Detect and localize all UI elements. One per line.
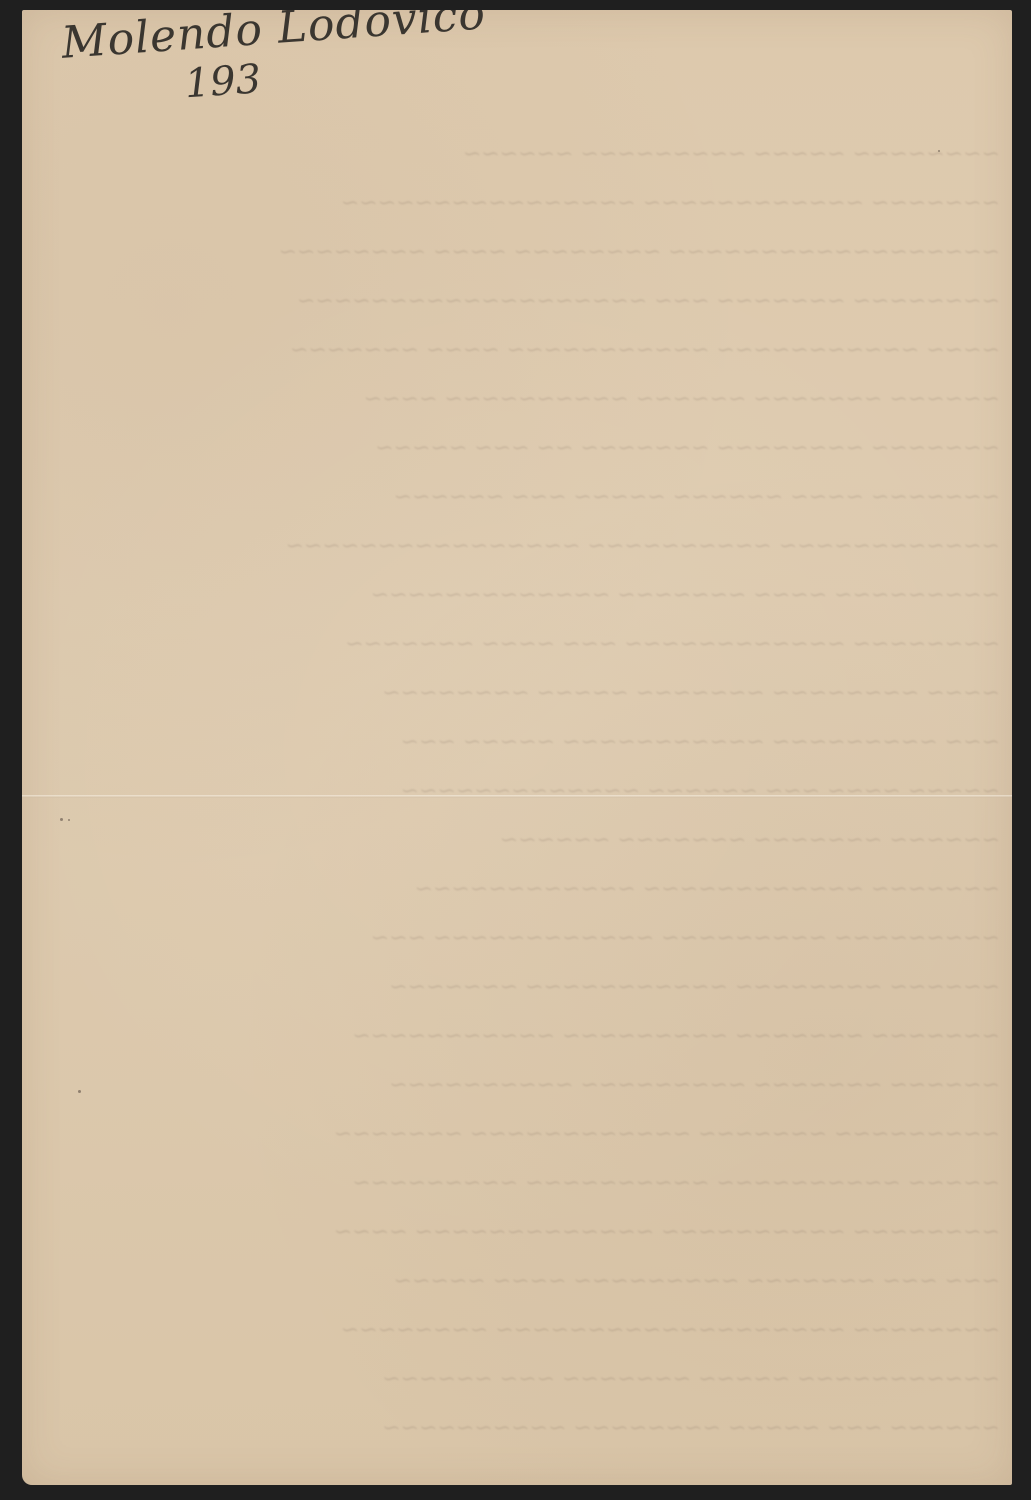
bleed-line: ~~~ ~~~~~~~~~ ~~~~~~~~~~~ ~~~~~ ~~~ [40,718,1000,767]
manuscript-page: Molendo Lodovico 193 ~~~~~~~~ ~~~~~ ~~~~… [22,10,1012,1485]
ink-speck [68,819,70,821]
bleed-line: ~~~~~~~ ~~~~~~~~ ~~~~~~~ ~~ ~~~ ~~~~~ [40,424,1000,473]
bleed-line: ~~~~~~~~~~~~ ~~~~~~~~~~ ~~~~~~~~~~~~~~~~ [40,522,1000,571]
bleed-line: ~~~~~~~~ ~~~~~ ~~~~~~~~~ ~~~~~~ [40,130,1000,179]
ink-speck [938,150,940,152]
bleed-line: ~~~~~~ ~~~~~~~ ~~~~~~~ ~~~~~~ [40,816,1000,865]
bleed-line: ~~~~~~~~ ~~~~~~~~~~~~ ~~~ ~~~~ ~~~~~~~ [40,620,1000,669]
bleed-line: ~~~~~~ ~~~~~~~ ~~~~~~ ~~~~~~~~~~ ~~~~ [40,375,1000,424]
fold-line [22,795,1012,798]
bleed-line: ~~~~~ ~~~~ ~~~ ~~~~~~ ~~~~~~~~~~~~~ [40,767,1000,816]
bleed-line: ~~~~~~~ ~~~~ ~~~~~~ ~~~~~ ~~~ ~~~~~~ [40,473,1000,522]
bleed-line: ~~~~~~~~~~~ ~~~~~ ~~~~~~~ ~~~ ~~~~~~ [40,1355,1000,1404]
bleed-through-text: ~~~~~~~~ ~~~~~ ~~~~~~~~~ ~~~~~~ ~~~~~~~ … [40,130,1000,1453]
ink-speck [60,818,63,821]
bleed-line: ~~~~~~~ ~~~~~~~ ~~~~~~~~~ ~~~~~~~~~~~ [40,1012,1000,1061]
bleed-line: ~~~ ~~~ ~~~~~~~ ~~~~~~~~~ ~~~~ ~~~~~ [40,1257,1000,1306]
bleed-line: ~~~~~~~ ~~~~~~~~~~~~ ~~~~~~~~~~~~~~~~ [40,179,1000,228]
bleed-line: ~~~~~~~~ ~~~~~~~ ~~~ ~~~~~~~~~~~~~~~~~~~ [40,277,1000,326]
ink-speck [78,1090,81,1093]
bleed-line: ~~~~~~~~~ ~~~~~~~~~ ~~~~~~~~~~~~ ~~~ [40,914,1000,963]
bleed-line: ~~~~~~~~~~~~~~~~~~ ~~~~~~~~ ~~~~ ~~~~~~~… [40,228,1000,277]
bleed-line: ~~~~~~ ~~~~~~~~ ~~~~~~~~~~~ ~~~~~~~ [40,963,1000,1012]
bleed-line: ~~~~~~~~ ~~~~~~~~~~~~~~~~~~~ ~~~~~~~~ [40,1306,1000,1355]
handwritten-annotation: Molendo Lodovico 193 [60,10,491,116]
bleed-line: ~~~~~~ ~~~~~~~ ~~~~~~~~~ ~~~~~~~~~~ [40,1061,1000,1110]
bleed-line: ~~~~~~~ ~~~~~~~~~~~~ ~~~~~~~~~~~~ [40,865,1000,914]
bleed-line: ~~~~~~~~~ ~~~~ ~~~~~~~ ~~~~~~~~~~~~~ [40,571,1000,620]
bleed-line: ~~~~~~~~ ~~~~~~~~~~ ~~~~~~~~~~~~~ ~~~~ [40,1208,1000,1257]
bleed-line: ~~~~~~ ~~~ ~~~~~ ~~~~~~~~ ~~~~~~~~~~ [40,1404,1000,1453]
bleed-line: ~~~~~~~~~ ~~~~~~~ ~~~~~~~~~~~~ ~~~~~~~ [40,1110,1000,1159]
bleed-line: ~~~~ ~~~~~~~~~~~ ~~~~~~~~~~~ ~~~~ ~~~~~~… [40,326,1000,375]
bleed-line: ~~~~~ ~~~~~~~~~~ ~~~~~~~~~~ ~~~~~~~~~ [40,1159,1000,1208]
bleed-line: ~~~~ ~~~~~~~~ ~~~~~~~ ~~~~~ ~~~~~~~~ [40,669,1000,718]
